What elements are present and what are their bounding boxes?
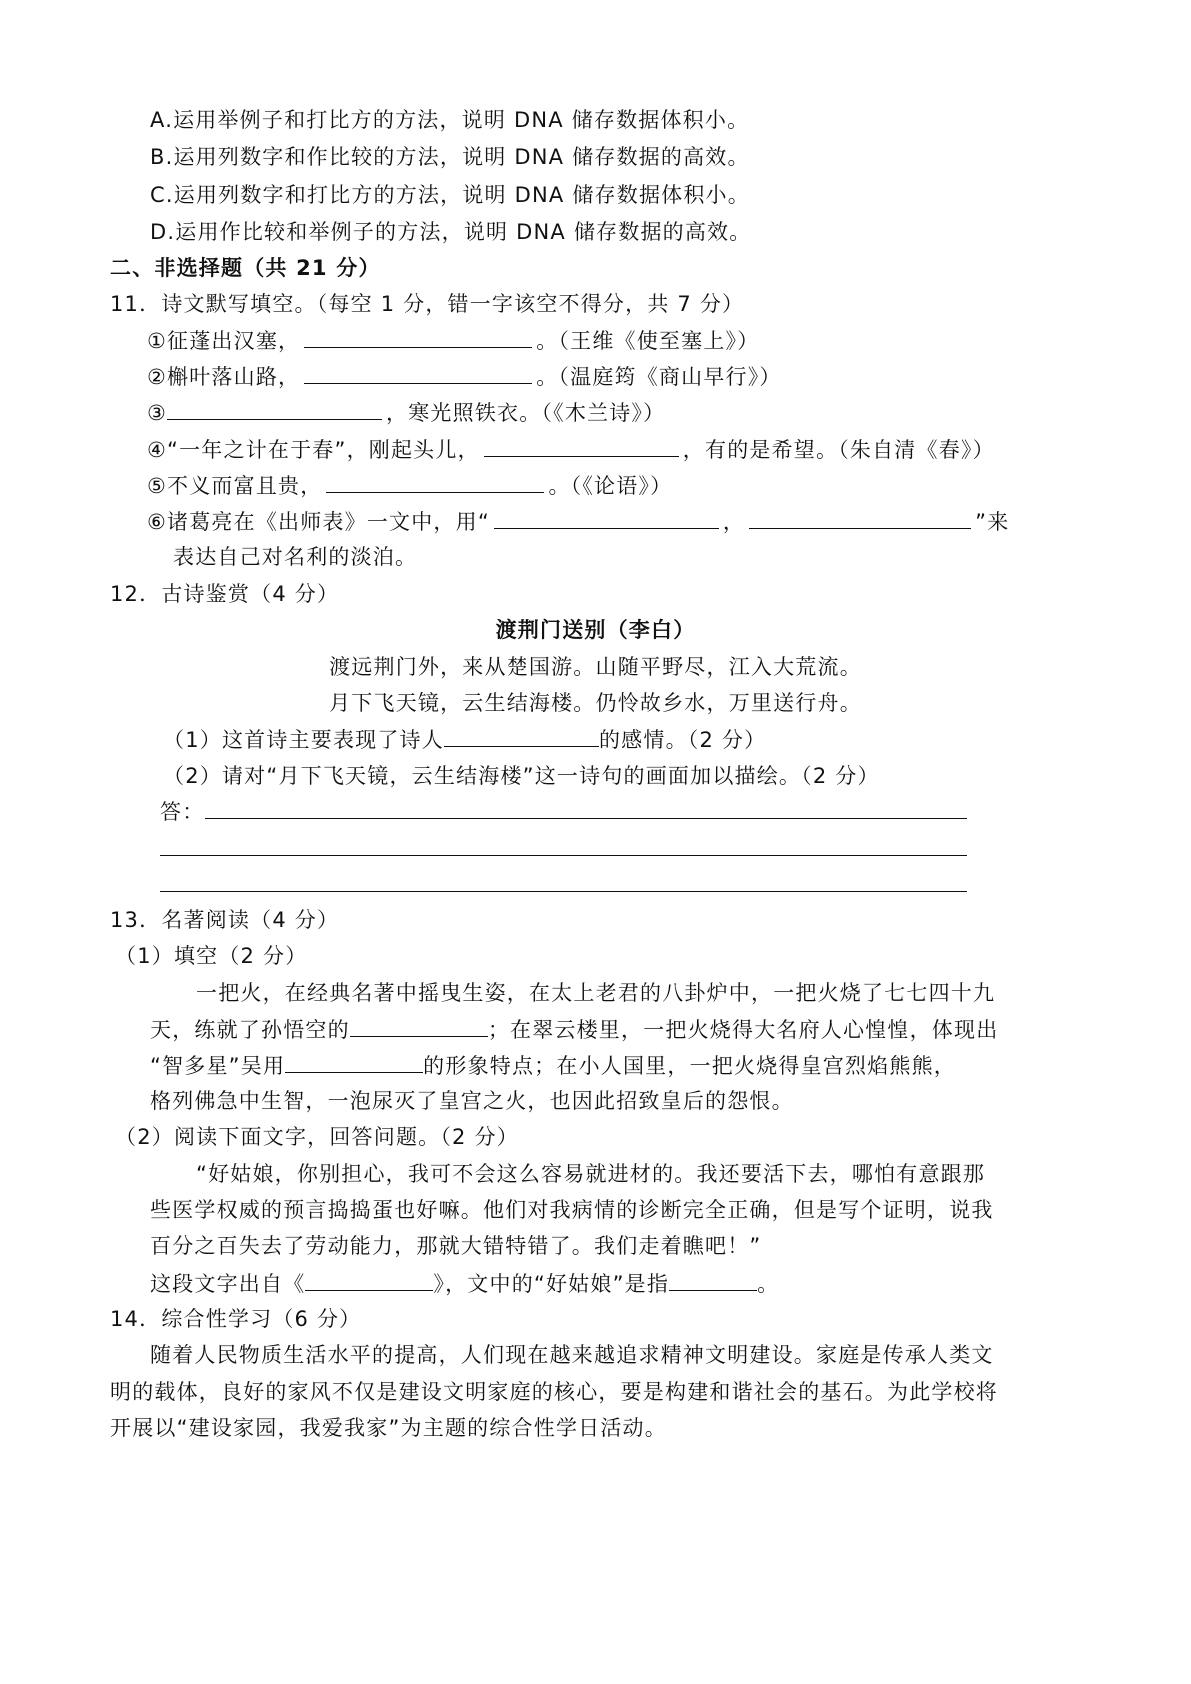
option-d: D.运用作比较和举例子的方法，说明 DNA 储存数据的高效。	[150, 217, 751, 247]
option-b: B.运用列数字和作比较的方法，说明 DNA 储存数据的高效。	[150, 142, 750, 172]
quote-line-3: 百分之百失去了劳动能力，那就大错特错了。我们走着瞧吧！”	[150, 1231, 761, 1261]
answer-blank[interactable]	[285, 1050, 423, 1073]
poem-title: 渡荆门送别（李白）	[0, 615, 1191, 645]
q14-line-1: 随着人民物质生活水平的提高，人们现在越来越追求精神文明建设。家庭是传承人类文	[150, 1340, 994, 1370]
answer-line-1[interactable]	[205, 818, 967, 819]
q13-sub2-answer: 这段文字出自《》，文中的“好姑娘”是指。	[150, 1268, 779, 1299]
option-text: 运用列数字和打比方的方法，说明 DNA 储存数据体积小。	[174, 183, 750, 207]
item-text: ，有的是希望。（朱自清《春》）	[683, 438, 995, 462]
answer-blank[interactable]	[304, 361, 532, 384]
option-letter: C.	[150, 183, 174, 207]
q13-paragraph-line-4: 格列佛急中生智，一泡尿灭了皇宫之火，也因此招致皇后的怨恨。	[150, 1086, 794, 1116]
option-a: A.运用举例子和打比方的方法，说明 DNA 储存数据体积小。	[150, 105, 749, 135]
q12-sub1: （1）这首诗主要表现了诗人的感情。（2 分）	[163, 724, 766, 755]
item-text: ④“一年之计在于春”，刚起头儿，	[147, 438, 480, 462]
item-text: 。	[757, 1272, 779, 1296]
item-text: ”来	[975, 510, 1009, 534]
answer-blank[interactable]	[304, 325, 532, 348]
poem-line-2: 月下飞天镜，云生结海楼。仍怜故乡水，万里送行舟。	[0, 688, 1191, 718]
answer-blank[interactable]	[494, 506, 719, 529]
item-text: ⑥诸葛亮在《出师表》一文中，用“	[147, 510, 490, 534]
q12-sub2: （2）请对“月下飞天镜，云生结海楼”这一诗句的画面加以描绘。（2 分）	[163, 761, 880, 791]
option-letter: B.	[150, 145, 173, 169]
item-text: ；在翠云楼里，一把火烧得大名府人心惶惶，体现出	[488, 1018, 999, 1042]
item-text: ，寒光照铁衣。（《木兰诗》）	[386, 401, 665, 425]
item-text: 这段文字出自《	[150, 1272, 305, 1296]
option-text: 运用作比较和举例子的方法，说明 DNA 储存数据的高效。	[175, 220, 751, 244]
q11-item-6-continuation: 表达自己对名利的淡泊。	[173, 542, 417, 572]
q13-paragraph-line-1: 一把火，在经典名著中摇曳生姿，在太上老君的八卦炉中，一把火烧了七七四十九	[196, 978, 995, 1008]
option-text: 运用举例子和打比方的方法，说明 DNA 储存数据体积小。	[173, 108, 749, 132]
q13-paragraph-line-2: 天，练就了孙悟空的；在翠云楼里，一把火烧得大名府人心惶惶，体现出	[150, 1014, 998, 1045]
answer-blank[interactable]	[484, 434, 679, 457]
q11-item-1: ①征蓬出汉塞，。（王维《使至塞上》）	[147, 325, 759, 356]
item-text: ③	[147, 401, 167, 425]
item-text: “智多星”吴用	[150, 1054, 285, 1078]
question-12-title: 12．古诗鉴赏（4 分）	[110, 579, 339, 609]
question-13-title: 13．名著阅读（4 分）	[110, 905, 339, 935]
answer-line-2[interactable]	[160, 855, 967, 856]
item-text: 。（温庭筠《商山早行》）	[536, 365, 781, 389]
q13-paragraph-line-3: “智多星”吴用的形象特点；在小人国里，一把火烧得皇宫烈焰熊熊，	[150, 1050, 956, 1081]
item-text: 的形象特点；在小人国里，一把火烧得皇宫烈焰熊熊，	[423, 1054, 956, 1078]
option-c: C.运用列数字和打比方的方法，说明 DNA 储存数据体积小。	[150, 180, 750, 210]
q13-sub1-title: （1）填空（2 分）	[115, 941, 307, 971]
item-text: 。（王维《使至塞上》）	[536, 329, 759, 353]
answer-blank[interactable]	[350, 1014, 488, 1037]
item-text: 天，练就了孙悟空的	[150, 1018, 350, 1042]
item-text: ②槲叶落山路，	[147, 365, 300, 389]
answer-label: 答：	[160, 797, 204, 827]
section-heading: 二、非选择题（共 21 分）	[110, 253, 381, 283]
answer-line-3[interactable]	[160, 891, 967, 892]
item-text: ⑤不义而富且贵，	[147, 474, 322, 498]
option-text: 运用列数字和作比较的方法，说明 DNA 储存数据的高效。	[173, 145, 749, 169]
q11-item-4: ④“一年之计在于春”，刚起头儿，，有的是希望。（朱自清《春》）	[147, 434, 995, 465]
poem-line-1: 渡远荆门外，来从楚国游。山随平野尽，江入大荒流。	[0, 652, 1191, 682]
quote-line-2: 些医学权威的预言捣捣蛋也好嘛。他们对我病情的诊断完全正确，但是写个证明，说我	[150, 1195, 994, 1225]
option-letter: A.	[150, 108, 173, 132]
q13-sub2-title: （2）阅读下面文字，回答问题。（2 分）	[115, 1122, 519, 1152]
item-text: 的感情。（2 分）	[599, 728, 766, 752]
question-14-title: 14．综合性学习（6 分）	[110, 1304, 361, 1334]
q11-item-5: ⑤不义而富且贵，。（《论语》）	[147, 470, 672, 501]
question-11-title: 11．诗文默写填空。（每空 1 分，错一字该空不得分，共 7 分）	[110, 289, 744, 319]
answer-blank[interactable]	[305, 1268, 433, 1291]
item-text: 。（《论语》）	[548, 474, 672, 498]
q11-item-6: ⑥诸葛亮在《出师表》一文中，用“，”来	[147, 506, 1009, 537]
item-text: （1）这首诗主要表现了诗人	[163, 728, 444, 752]
answer-blank[interactable]	[749, 506, 971, 529]
quote-line-1: “好姑娘，你别担心，我可不会这么容易就进材的。我还要活下去，哪怕有意跟那	[196, 1159, 985, 1189]
answer-blank[interactable]	[444, 724, 599, 747]
item-text: ①征蓬出汉塞，	[147, 329, 300, 353]
q11-item-2: ②槲叶落山路，。（温庭筠《商山早行》）	[147, 361, 782, 392]
option-letter: D.	[150, 220, 175, 244]
q14-line-2: 明的载体，良好的家风不仅是建设文明家庭的核心，要是构建和谐社会的基石。为此学校将	[110, 1377, 998, 1407]
item-text: ，	[723, 510, 745, 534]
q14-line-3: 开展以“建设家园，我爱我家”为主题的综合性学日活动。	[110, 1413, 667, 1443]
answer-blank[interactable]	[326, 470, 544, 493]
answer-blank[interactable]	[167, 397, 382, 420]
q11-item-3: ③，寒光照铁衣。（《木兰诗》）	[147, 397, 665, 428]
item-text: 》，文中的“好姑娘”是指	[433, 1272, 669, 1296]
answer-blank[interactable]	[669, 1268, 757, 1291]
